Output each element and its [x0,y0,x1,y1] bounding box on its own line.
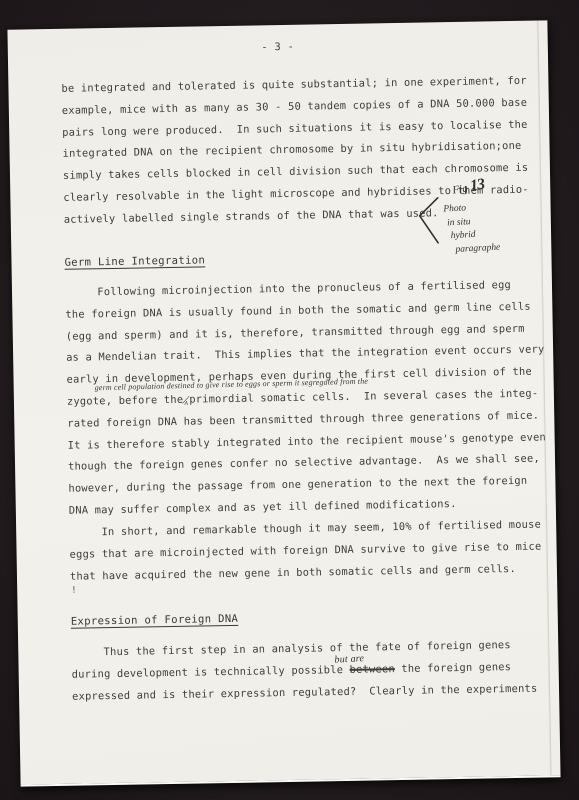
text-segment: zygote, before the [67,394,184,408]
heading-germ-line-integration: Germ Line Integration [64,254,205,268]
margin-note-line: paragraphe [445,241,501,257]
margin-note-text: Photo in situ hybrid paragraphe [443,201,501,258]
scan-background: - 3 - be integrated and tolerated is qui… [0,0,579,800]
page-number: - 3 - [8,36,548,57]
insertion-point: ∕ʌ [183,390,189,412]
text-segment: the foreign genes [395,661,512,675]
paragraph-in-short: In short, and remarkable though it may s… [69,515,533,588]
handwritten-correction: but are [334,648,365,671]
figure-number: 13 [469,176,485,195]
stray-mark: ! [71,586,77,596]
paragraph-germ-line: Following microinjection into the pronuc… [65,275,532,523]
text-segment: during development is technically possib… [72,664,350,681]
annotation-bracket-icon [417,196,444,247]
paragraph-expression: Thus the first step in an analysis of th… [71,635,535,708]
heading-expression-foreign-dna: Expression of Foreign DNA [71,613,239,628]
document-page: - 3 - be integrated and tolerated is qui… [7,20,560,786]
text-segment: primordial somatic cells. In several cas… [189,388,538,406]
figure-word: Fig [452,182,472,197]
insertion-caret-icon: ʌ [183,399,189,407]
